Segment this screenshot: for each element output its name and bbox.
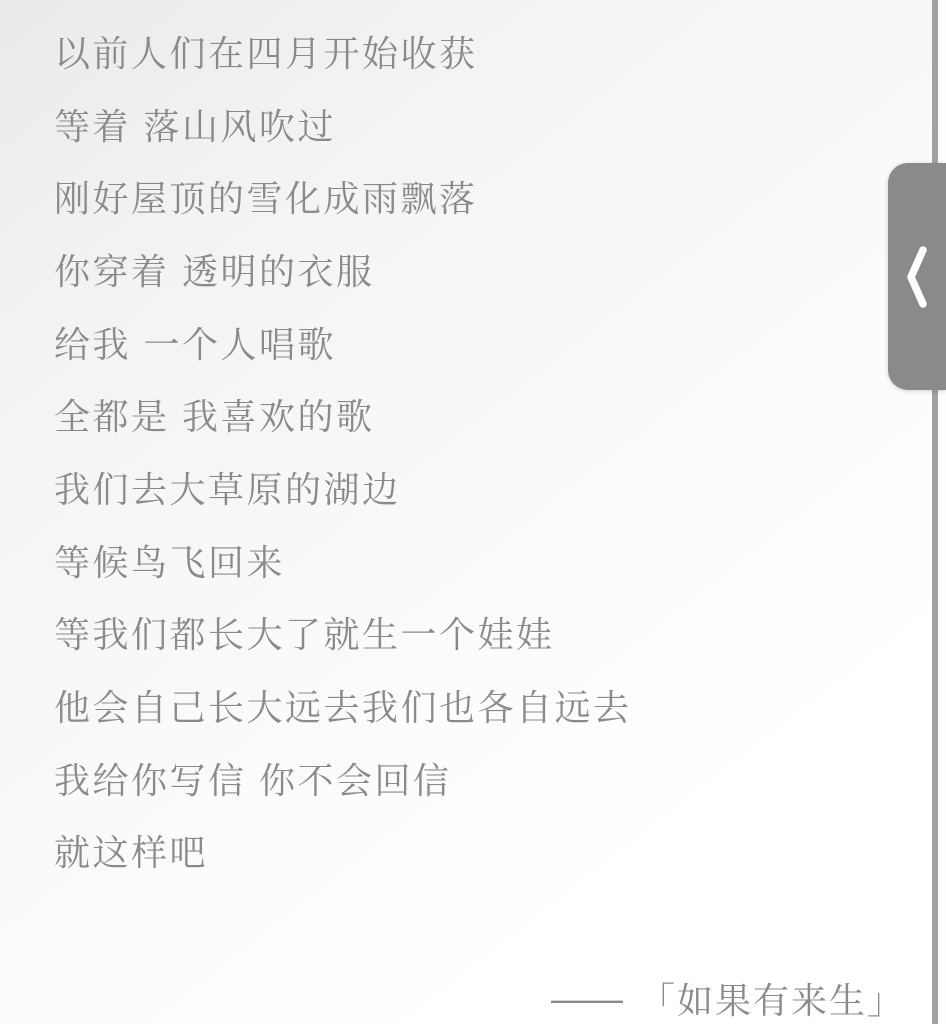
lyric-line: 我给你写信 你不会回信 bbox=[54, 742, 866, 815]
lyric-line: 以前人们在四月开始收获 bbox=[54, 15, 866, 88]
lyric-line: 刚好屋顶的雪化成雨飘落 bbox=[54, 160, 866, 233]
lyric-line: 他会自己长大远去我们也各自远去 bbox=[54, 669, 866, 742]
lyric-line: 我们去大草原的湖边 bbox=[54, 451, 866, 524]
lyrics-block: 以前人们在四月开始收获 等着 落山风吹过 刚好屋顶的雪化成雨飘落 你穿着 透明的… bbox=[54, 15, 866, 887]
lyric-line: 等我们都长大了就生一个娃娃 bbox=[54, 597, 866, 670]
panel-collapse-handle[interactable] bbox=[888, 163, 946, 390]
attribution-dash: —— bbox=[551, 978, 623, 1020]
lyrics-page: 以前人们在四月开始收获 等着 落山风吹过 刚好屋顶的雪化成雨飘落 你穿着 透明的… bbox=[0, 0, 946, 1024]
song-title-attribution: —— 「如果有来生」 bbox=[551, 973, 905, 1024]
chevron-left-icon bbox=[904, 243, 930, 311]
lyric-line: 就这样吧 bbox=[54, 815, 866, 888]
lyric-line: 等着 落山风吹过 bbox=[54, 88, 866, 161]
window-divider bbox=[932, 0, 938, 1024]
lyric-line: 全都是 我喜欢的歌 bbox=[54, 378, 866, 451]
song-title: 「如果有来生」 bbox=[639, 973, 905, 1024]
lyric-line: 等候鸟飞回来 bbox=[54, 524, 866, 597]
lyric-line: 你穿着 透明的衣服 bbox=[54, 233, 866, 306]
lyric-line: 给我 一个人唱歌 bbox=[54, 306, 866, 379]
